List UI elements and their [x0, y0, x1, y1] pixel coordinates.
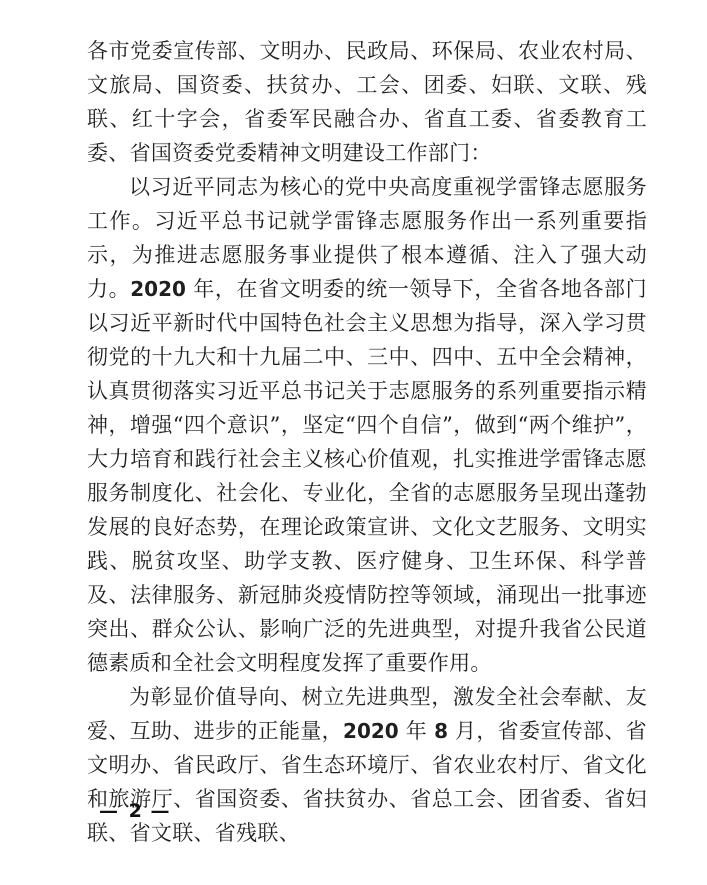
numeral: 8: [434, 719, 448, 743]
numeral: 2020: [130, 277, 186, 301]
numeral: 2020: [343, 719, 399, 743]
paragraph: 为彰显价值导向、树立先进典型，激发全社会奉献、友爱、互助、进步的正能量，2020…: [87, 680, 647, 850]
document-page: 各市党委宣传部、文明办、民政局、环保局、农业农村局、文旅局、国资委、扶贫办、工会…: [0, 0, 707, 885]
paragraph: 各市党委宣传部、文明办、民政局、环保局、农业农村局、文旅局、国资委、扶贫办、工会…: [87, 34, 647, 170]
numeral: 2: [129, 800, 142, 822]
paragraph: 以习近平同志为核心的党中央高度重视学雷锋志愿服务工作。习近平总书记就学雷锋志愿服…: [87, 170, 647, 680]
document-body: 各市党委宣传部、文明办、民政局、环保局、农业农村局、文旅局、国资委、扶贫办、工会…: [87, 34, 647, 850]
page-number: — 2 —: [99, 801, 171, 821]
